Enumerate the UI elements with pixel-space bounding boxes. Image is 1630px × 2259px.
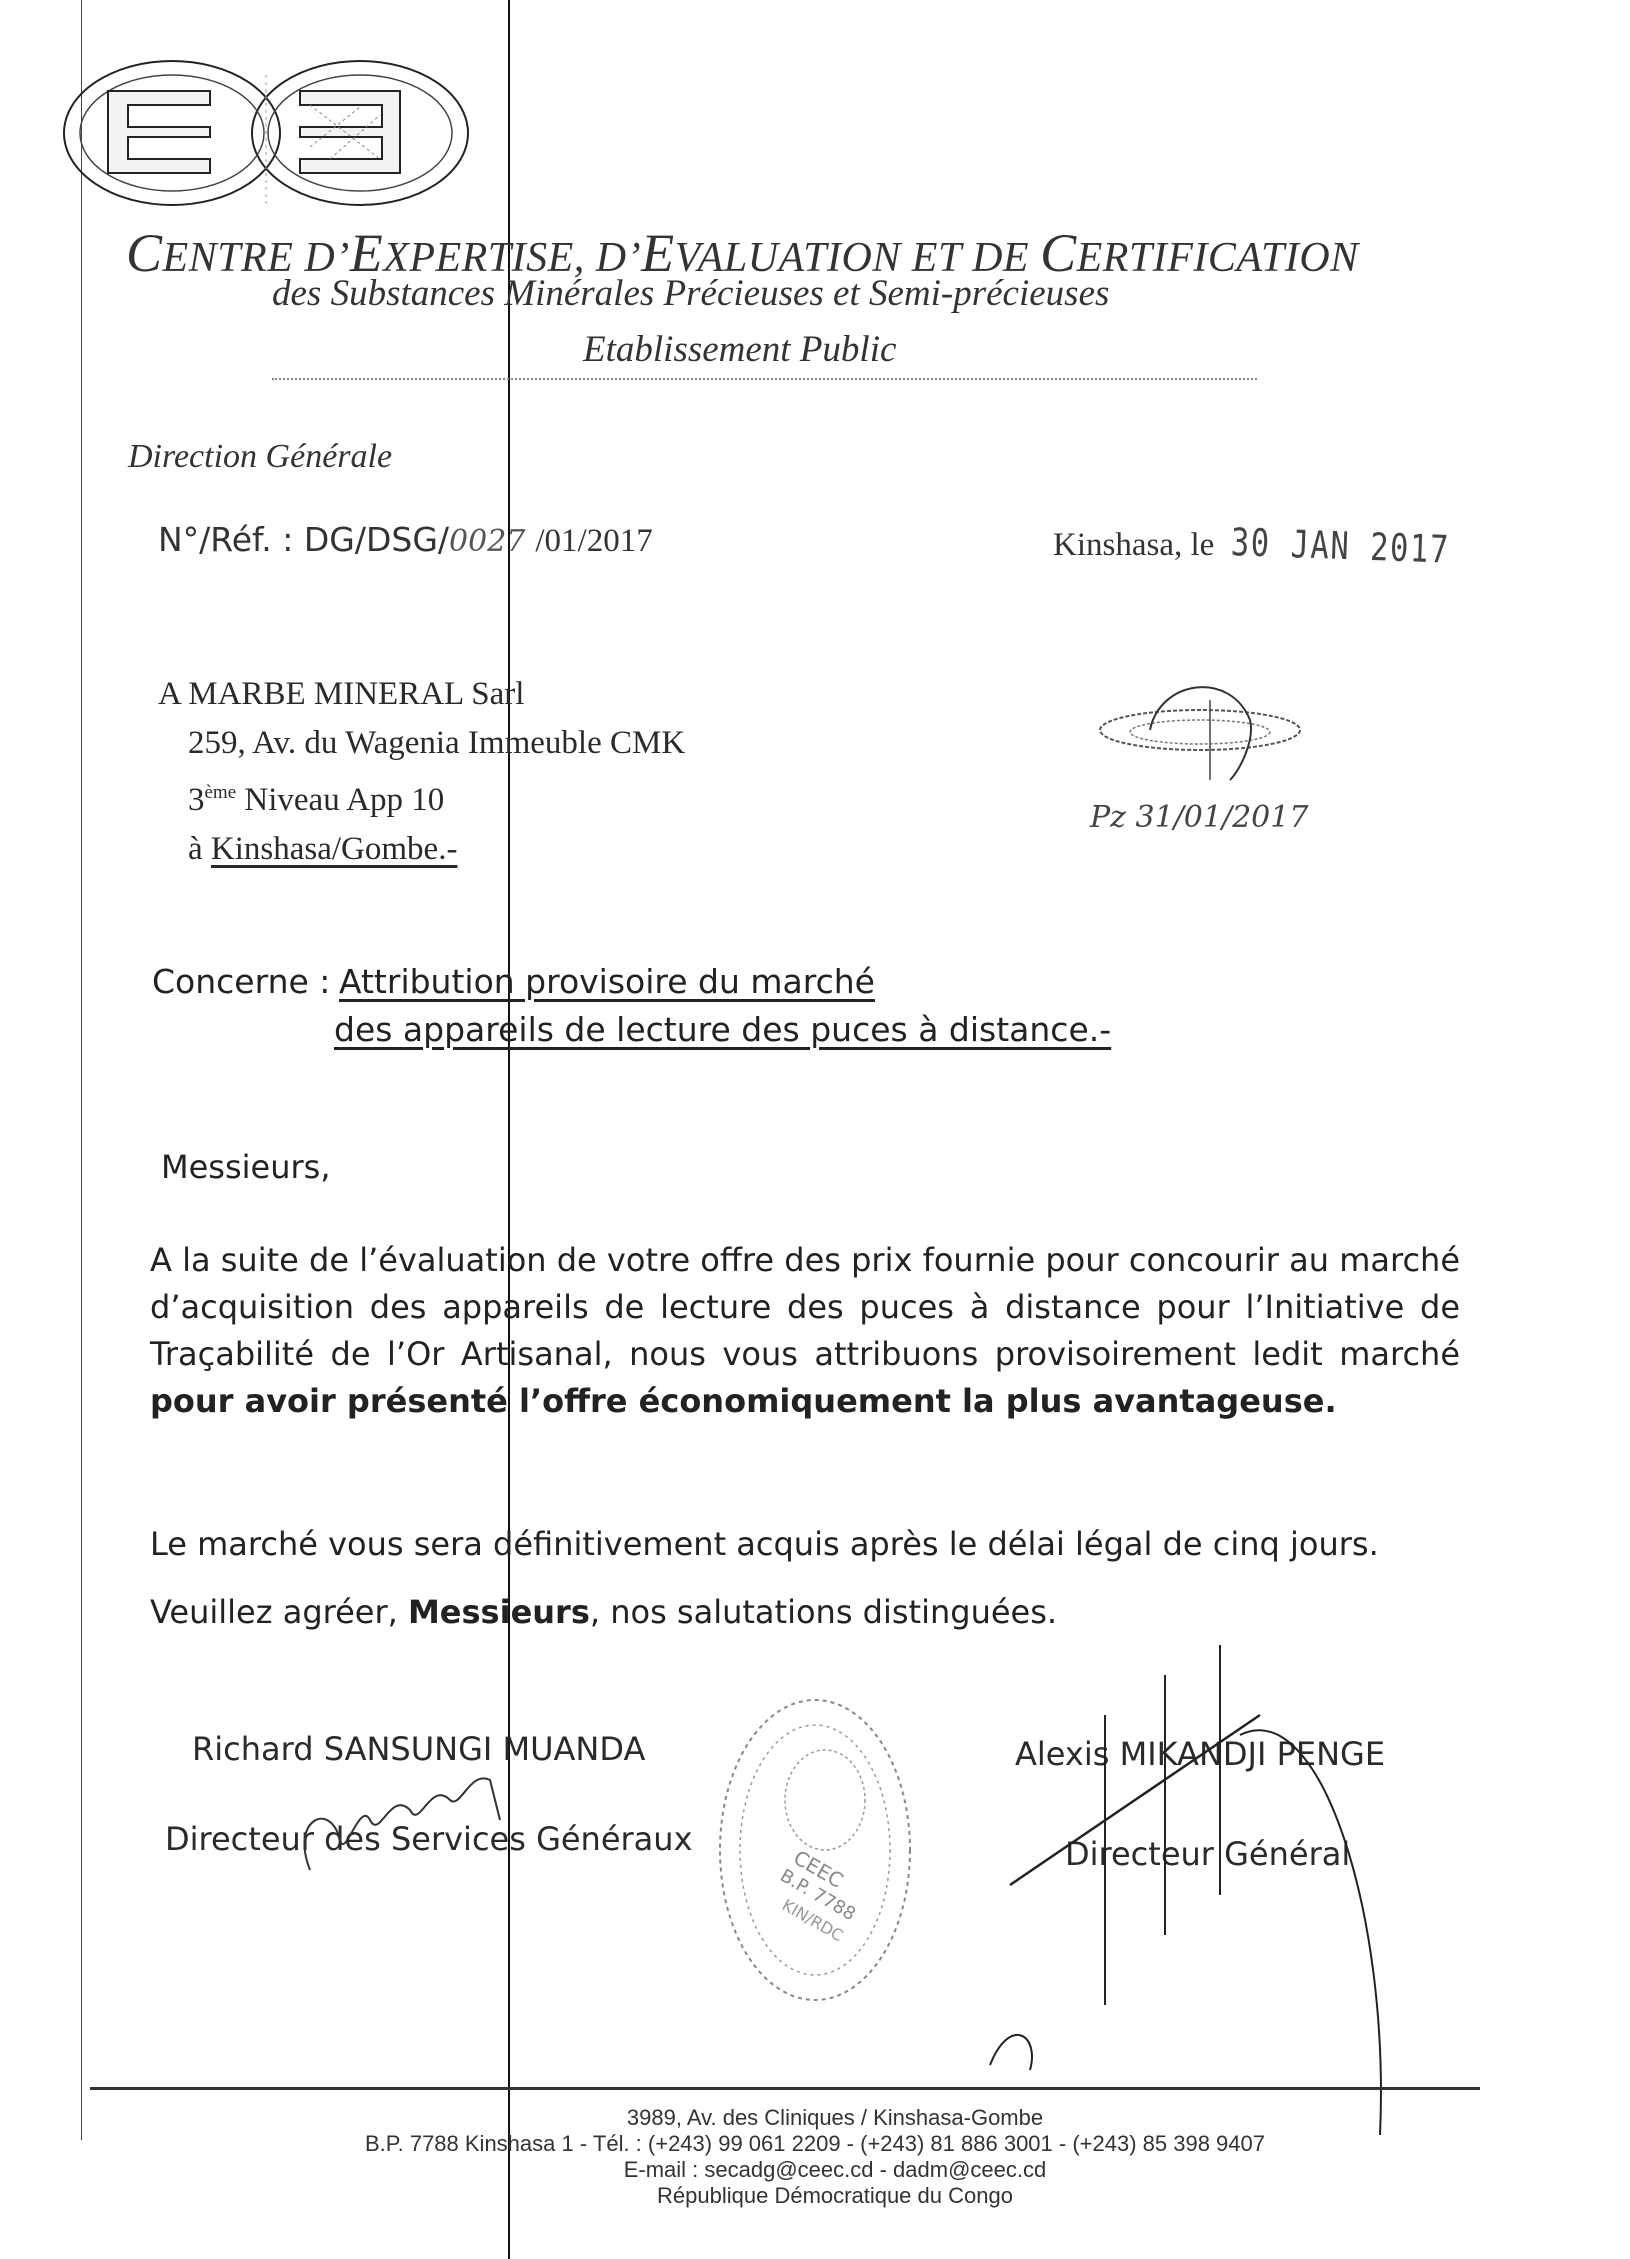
scan-artifact-line-left: [81, 0, 82, 2140]
salutation: Messieurs,: [161, 1148, 331, 1186]
handwritten-ref-number: 0027: [449, 524, 525, 559]
recipient-floor: 3ème Niveau App 10: [158, 768, 685, 825]
official-seal-icon: CEEC B.P. 7788 KIN/RDC: [715, 1690, 915, 2010]
org-subtitle: des Substances Minérales Précieuses et S…: [272, 272, 1109, 315]
receipt-note: Pz 31/01/2017: [1090, 800, 1308, 835]
subject-line-2: des appareils de lecture des puces à dis…: [334, 1010, 1111, 1049]
footer-address: 3989, Av. des Cliniques / Kinshasa-Gombe: [0, 2105, 1630, 2131]
handwritten-signature-icon: [970, 1615, 1420, 2175]
body-paragraph-2: Le marché vous sera définitivement acqui…: [150, 1525, 1379, 1563]
footer-country: République Démocratique du Congo: [0, 2183, 1630, 2209]
place-date: Kinshasa, le 30 JAN 2017: [1053, 520, 1504, 564]
closing-line: Veuillez agréer, Messieurs, nos salutati…: [150, 1593, 1057, 1631]
recipient-block: A MARBE MINERAL Sarl 259, Av. du Wagenia…: [158, 670, 685, 874]
footer-contact: B.P. 7788 Kinshasa 1 - Tél. : (+243) 99 …: [0, 2131, 1630, 2157]
recipient-street: 259, Av. du Wagenia Immeuble CMK: [158, 719, 685, 768]
footer-email: E-mail : secadg@ceec.cd - dadm@ceec.cd: [0, 2157, 1630, 2183]
reference-line: N°/Réf. : DG/DSG/0027/01/2017: [158, 520, 653, 560]
recipient-name: A MARBE MINERAL Sarl: [158, 670, 685, 719]
department: Direction Générale: [128, 438, 392, 476]
footer-divider: [90, 2087, 1480, 2090]
receipt-signature-icon: [1090, 660, 1320, 790]
handwritten-signature-icon: [290, 1760, 520, 1880]
subject-label: Concerne :: [152, 962, 330, 1001]
body-paragraph-1: A la suite de l’évaluation de votre offr…: [150, 1237, 1460, 1425]
scan-artifact-line-center: [508, 0, 510, 2259]
header-divider: [272, 378, 1257, 380]
subject-line-1: Attribution provisoire du marché: [339, 962, 875, 1001]
date-stamp: 30 JAN 2017: [1230, 520, 1450, 572]
recipient-city: à Kinshasa/Gombe.-: [158, 825, 685, 874]
ceec-logo-icon: [60, 55, 480, 215]
org-type: Etablissement Public: [583, 328, 896, 371]
